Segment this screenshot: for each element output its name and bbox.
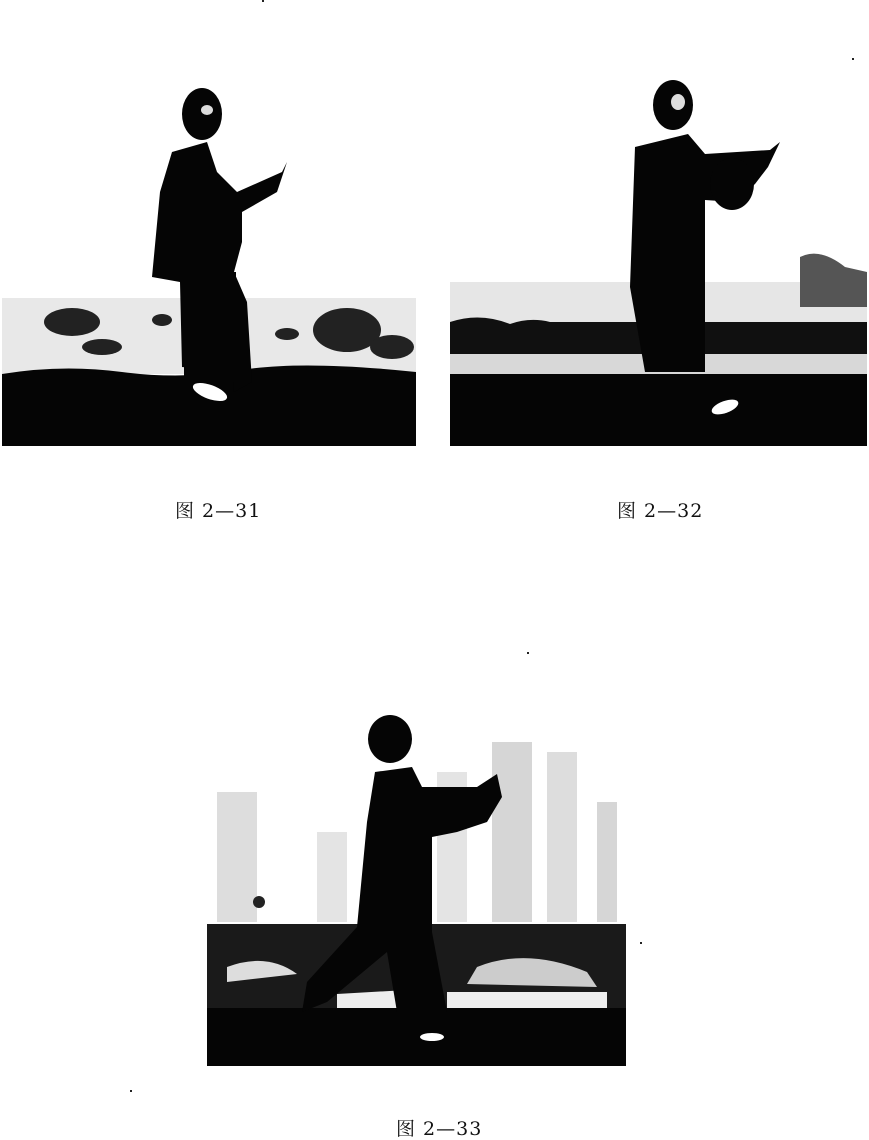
figure-photo-2-33 — [207, 712, 626, 1066]
figure-caption-2-33: 图 2—33 — [396, 1114, 482, 1140]
scan-speck — [527, 652, 529, 654]
photo-tai-chi-pose-2 — [450, 72, 867, 446]
photo-tai-chi-pose-3 — [207, 712, 626, 1066]
figure-photo-2-31 — [2, 72, 416, 446]
scan-speck — [640, 942, 642, 944]
figure-caption-2-32: 图 2—32 — [617, 496, 703, 523]
photo-tai-chi-pose-1 — [2, 72, 416, 446]
figure-caption-2-31: 图 2—31 — [175, 496, 261, 523]
scan-speck — [852, 58, 854, 60]
scan-speck — [130, 1090, 132, 1092]
scan-speck — [262, 0, 264, 2]
figure-photo-2-32 — [450, 72, 867, 446]
